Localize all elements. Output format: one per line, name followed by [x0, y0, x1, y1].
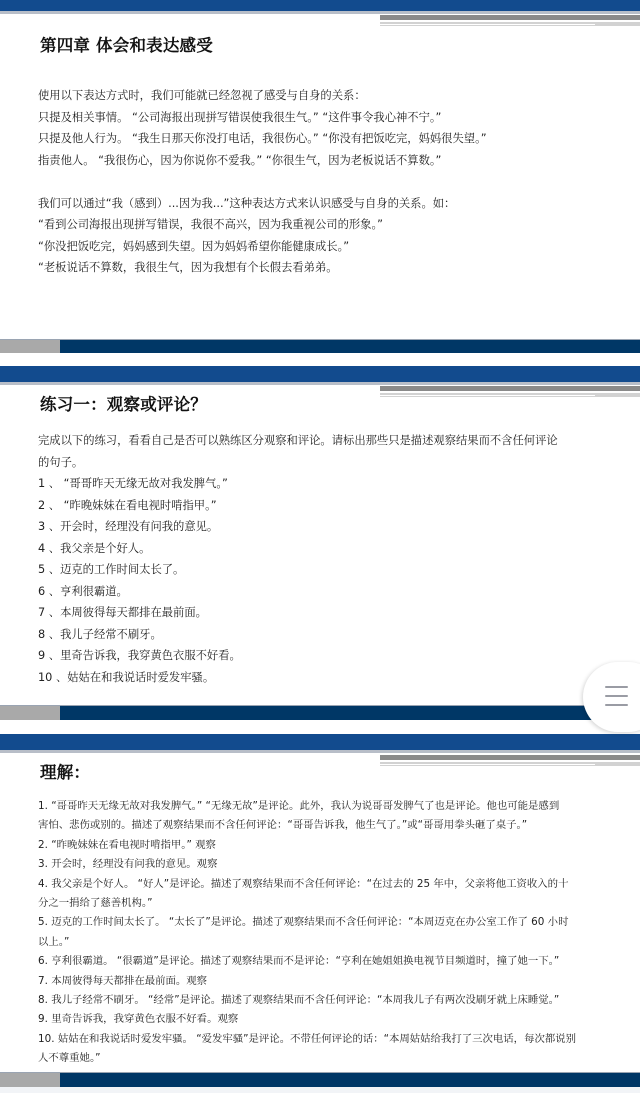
exercise-intro: 完成以下的练习，看看自己是否可以熟练区分观察和评论。请标出那些只是描述观察结果而…: [38, 430, 610, 473]
hamburger-menu-icon: [605, 686, 628, 688]
slide-header-bar: [0, 0, 640, 11]
list-item: 5 、迈克的工作时间太长了。: [38, 559, 610, 581]
header-decoration-highlight: [380, 764, 595, 765]
text-line: 指责他人。 “我很伤心，因为你说你不爱我。” “你很生气，因为老板说话不算数。”: [38, 150, 610, 172]
slide-3: 理解： 1. “哥哥昨天无缘无故对我发脾气。” “无缘无故”是评论。此外，我认为…: [0, 722, 640, 1093]
slide-header-bar: [0, 734, 640, 750]
slide-2: 练习一：观察或评论？ 完成以下的练习，看看自己是否可以熟练区分观察和评论。请标出…: [0, 362, 640, 722]
slide-bottom-margin: [0, 1087, 640, 1093]
answer-line: 8. 我儿子经常不刷牙。 “经常”是评论。描述了观察结果而不含任何评论：“本周我…: [38, 991, 620, 1010]
list-item: 1 、 “哥哥昨天无缘无故对我发脾气。”: [38, 473, 610, 495]
list-item: 4 、我父亲是个好人。: [38, 538, 610, 560]
hamburger-menu-icon: [605, 704, 628, 706]
list-item: 7 、本周彼得每天都排在最前面。: [38, 602, 610, 624]
text-line: “老板说话不算数，我很生气，因为我想有个长假去看弟弟。: [38, 257, 610, 279]
slide-title: 理解：: [40, 759, 90, 783]
slide-footer-grey-block: [0, 706, 60, 720]
slide-body: 使用以下表达方式时，我们可能就已经忽视了感受与自身的关系： 只提及相关事情。 “…: [38, 85, 610, 279]
text-line: “看到公司海报出现拼写错误，我很不高兴，因为我重视公司的形象。”: [38, 214, 610, 236]
answer-line: 害怕、悲伤或别的。描述了观察结果而不含任何评论：“哥哥告诉我，他生气了。”或“哥…: [38, 816, 620, 835]
answer-line: 3. 开会时，经理没有问我的意见。观察: [38, 855, 620, 874]
answer-line: 2. “昨晚妹妹在看电视时啃指甲。” 观察: [38, 836, 620, 855]
slide-footer-grey-block: [0, 1073, 60, 1087]
header-decoration-bar: [380, 15, 640, 20]
header-decoration-bar: [380, 386, 640, 391]
answer-line: 6. 亨利很霸道。 “很霸道”是评论。描述了观察结果而不是评论：“亨利在她姐姐换…: [38, 952, 620, 971]
text-line: 的句子。: [38, 452, 610, 474]
answer-line: 1. “哥哥昨天无缘无故对我发脾气。” “无缘无故”是评论。此外，我认为说哥哥发…: [38, 797, 620, 816]
slide-header-rule: [0, 750, 640, 753]
header-decoration-highlight: [380, 24, 595, 25]
answer-line: 9. 里奇告诉我，我穿黄色衣服不好看。观察: [38, 1010, 620, 1029]
paragraph-gap: [38, 171, 610, 193]
text-line: 完成以下的练习，看看自己是否可以熟练区分观察和评论。请标出那些只是描述观察结果而…: [38, 430, 610, 452]
slide-header-rule: [0, 382, 640, 385]
list-item: 6 、亨利很霸道。: [38, 581, 610, 603]
slide-title: 练习一：观察或评论？: [40, 391, 207, 415]
list-item: 3 、开会时，经理没有问我的意见。: [38, 516, 610, 538]
text-line: “你没把饭吃完，妈妈感到失望。因为妈妈希望你能健康成长。”: [38, 236, 610, 258]
list-item: 8 、我儿子经常不刷牙。: [38, 624, 610, 646]
answer-line: 4. 我父亲是个好人。 “好人”是评论。描述了观察结果而不含任何评论：“在过去的…: [38, 875, 620, 894]
answer-line: 分之一捐给了慈善机构。”: [38, 894, 620, 913]
hamburger-menu-icon: [605, 695, 628, 697]
text-line: 只提及他人行为。 “我生日那天你没打电话，我很伤心。” “你没有把饭吃完，妈妈很…: [38, 128, 610, 150]
slide-header-bar: [0, 366, 640, 382]
list-item: 9 、里奇告诉我，我穿黄色衣服不好看。: [38, 645, 610, 667]
answer-line: 人不尊重她。”: [38, 1049, 620, 1068]
slide-footer-bar: [60, 1073, 640, 1087]
slide-footer-grey-block: [0, 340, 60, 353]
text-line: 只提及相关事情。 “公司海报出现拼写错误使我很生气。” “这件事令我心神不宁。”: [38, 107, 610, 129]
answer-line: 7. 本周彼得每天都排在最前面。观察: [38, 972, 620, 991]
answer-line: 10. 姑姑在和我说话时爱发牢骚。 “爱发牢骚”是评论。不带任何评论的话：“本周…: [38, 1030, 620, 1049]
exercise-list: 1 、 “哥哥昨天无缘无故对我发脾气。” 2 、 “昨晚妹妹在看电视时啃指甲。”…: [38, 473, 610, 688]
text-line: 我们可以通过“我（感到）...因为我...”这种表达方式来认识感受与自身的关系。…: [38, 193, 610, 215]
list-item: 10 、姑姑在和我说话时爱发牢骚。: [38, 667, 610, 689]
slide-footer-bar: [60, 340, 640, 353]
answer-line: 5. 迈克的工作时间太长了。 “太长了”是评论。描述了观察结果而不含任何评论：“…: [38, 913, 620, 932]
list-item: 2 、 “昨晚妹妹在看电视时啃指甲。”: [38, 495, 610, 517]
slide-1: 第四章 体会和表达感受 使用以下表达方式时，我们可能就已经忽视了感受与自身的关系…: [0, 0, 640, 356]
answers-body: 1. “哥哥昨天无缘无故对我发脾气。” “无缘无故”是评论。此外，我认为说哥哥发…: [38, 797, 620, 1069]
answer-line: 以上。”: [38, 933, 620, 952]
text-line: 使用以下表达方式时，我们可能就已经忽视了感受与自身的关系：: [38, 85, 610, 107]
header-decoration-highlight: [380, 395, 595, 396]
slide-title: 第四章 体会和表达感受: [40, 32, 213, 56]
header-decoration-bar: [380, 755, 640, 760]
slide-header-rule: [0, 11, 640, 14]
slide-footer-bar: [60, 706, 640, 720]
